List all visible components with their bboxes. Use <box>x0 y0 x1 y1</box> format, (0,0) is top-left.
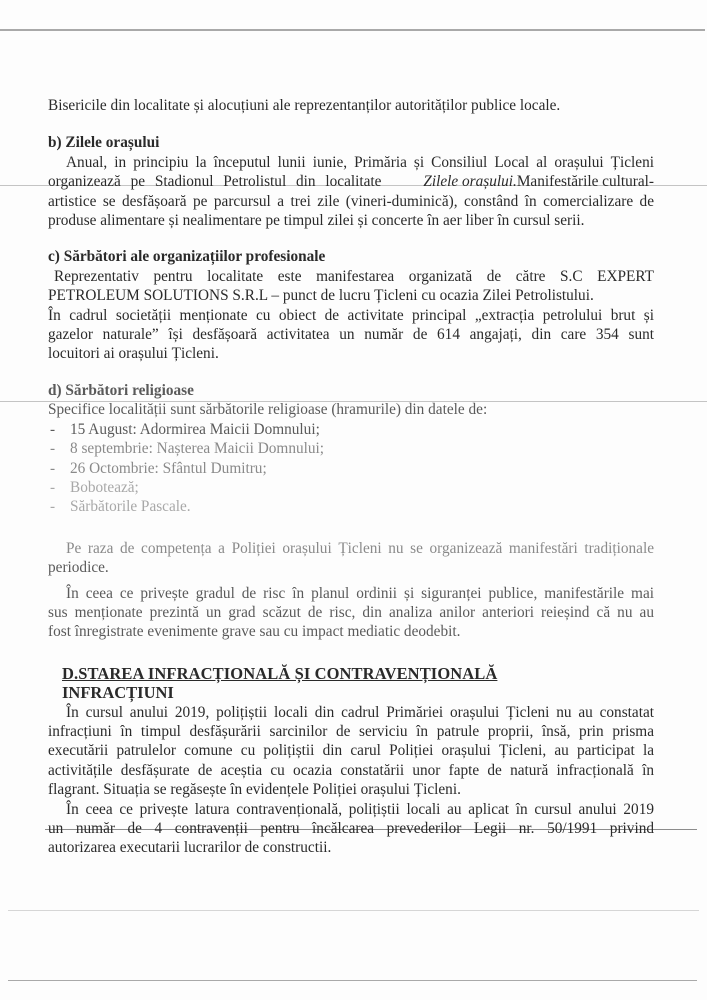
intro-line: Bisericile din localitate și alocuțiuni … <box>48 96 654 115</box>
section-b-heading: b) Zilele orașului <box>48 133 654 152</box>
list-item: Bobotează; <box>48 478 654 497</box>
paragraph-line: Specifice localității sunt sărbătorile r… <box>48 400 654 419</box>
paragraph-line: fost înregistrate evenimente grave sau c… <box>48 622 654 641</box>
section-c-heading: c) Sărbători ale organizațiilor profesio… <box>48 247 654 266</box>
paragraph-line: autorizarea executarii lucrarilor de con… <box>48 838 654 857</box>
paragraph-line: infracțiuni în timpul desfășurării sarci… <box>48 722 654 741</box>
list-item: 8 septembrie: Nașterea Maicii Domnului; <box>48 439 654 458</box>
paragraph-line: produse alimentare și nealimentare pe ti… <box>48 211 654 230</box>
paragraph-line: un număr de 4 contravenții pentru încălc… <box>48 819 654 838</box>
paragraph-line: periodice. <box>48 558 654 577</box>
paragraph-line: executării patrulelor comune cu polițișt… <box>48 741 654 760</box>
paragraph-line: În ceea ce privește latura contravențion… <box>48 800 654 819</box>
paragraph-line: PETROLEUM SOLUTIONS S.R.L – punct de luc… <box>48 286 654 305</box>
paragraph-line: activitățile desfășurate de aceștia cu o… <box>48 761 654 780</box>
paragraph-line: Anual, in principiu la începutul lunii i… <box>48 153 654 172</box>
section-D-subheading: INFRACȚIUNI <box>62 683 654 702</box>
text-span: Manifestările cultural- <box>517 173 654 190</box>
list-item: 26 Octombrie: Sfântul Dumitru; <box>48 459 654 478</box>
text-span: organizează pe Stadionul Petrolistul din… <box>48 172 381 191</box>
paragraph-line: În cursul anului 2019, polițiștii locali… <box>48 703 654 722</box>
section-d-heading: d) Sărbători religioase <box>48 381 654 400</box>
text-span: Zilele orașului.Manifestările cultural- <box>423 172 654 191</box>
paragraph-line: artistice se desfășoară pe parcursul a t… <box>48 192 654 211</box>
paragraph-line: Reprezentativ pentru localitate este man… <box>48 267 654 286</box>
paragraph-line: flagrant. Situația se regăsește în evide… <box>48 780 654 799</box>
paragraph-line: locuitori ai orașului Țicleni. <box>48 344 654 363</box>
paragraph-line: Pe raza de competența a Poliției orașulu… <box>48 539 654 558</box>
scan-edge-line-bottom <box>8 980 697 981</box>
scan-edge-line-top <box>0 29 705 31</box>
document-page: Bisericile din localitate și alocuțiuni … <box>48 96 654 858</box>
paragraph-line: sus menționate prezintă un grad scăzut d… <box>48 603 654 622</box>
scan-artifact-line <box>8 910 699 911</box>
list-item: Sărbătorile Pascale. <box>48 497 654 516</box>
paragraph-line: În cadrul societății menționate cu obiec… <box>48 306 654 325</box>
religious-holidays-list: 15 August: Adormirea Maicii Domnului; 8 … <box>48 420 654 517</box>
paragraph-line: gazelor naturale” își desfășoară activit… <box>48 325 654 344</box>
section-D-heading: D.STAREA INFRACȚIONALĂ ȘI CONTRAVENȚIONA… <box>62 664 654 683</box>
list-item: 15 August: Adormirea Maicii Domnului; <box>48 420 654 439</box>
italic-text: Zilele orașului. <box>423 173 516 190</box>
paragraph-line: organizează pe Stadionul Petrolistul din… <box>48 172 654 191</box>
paragraph-line: În ceea ce privește gradul de risc în pl… <box>48 584 654 603</box>
